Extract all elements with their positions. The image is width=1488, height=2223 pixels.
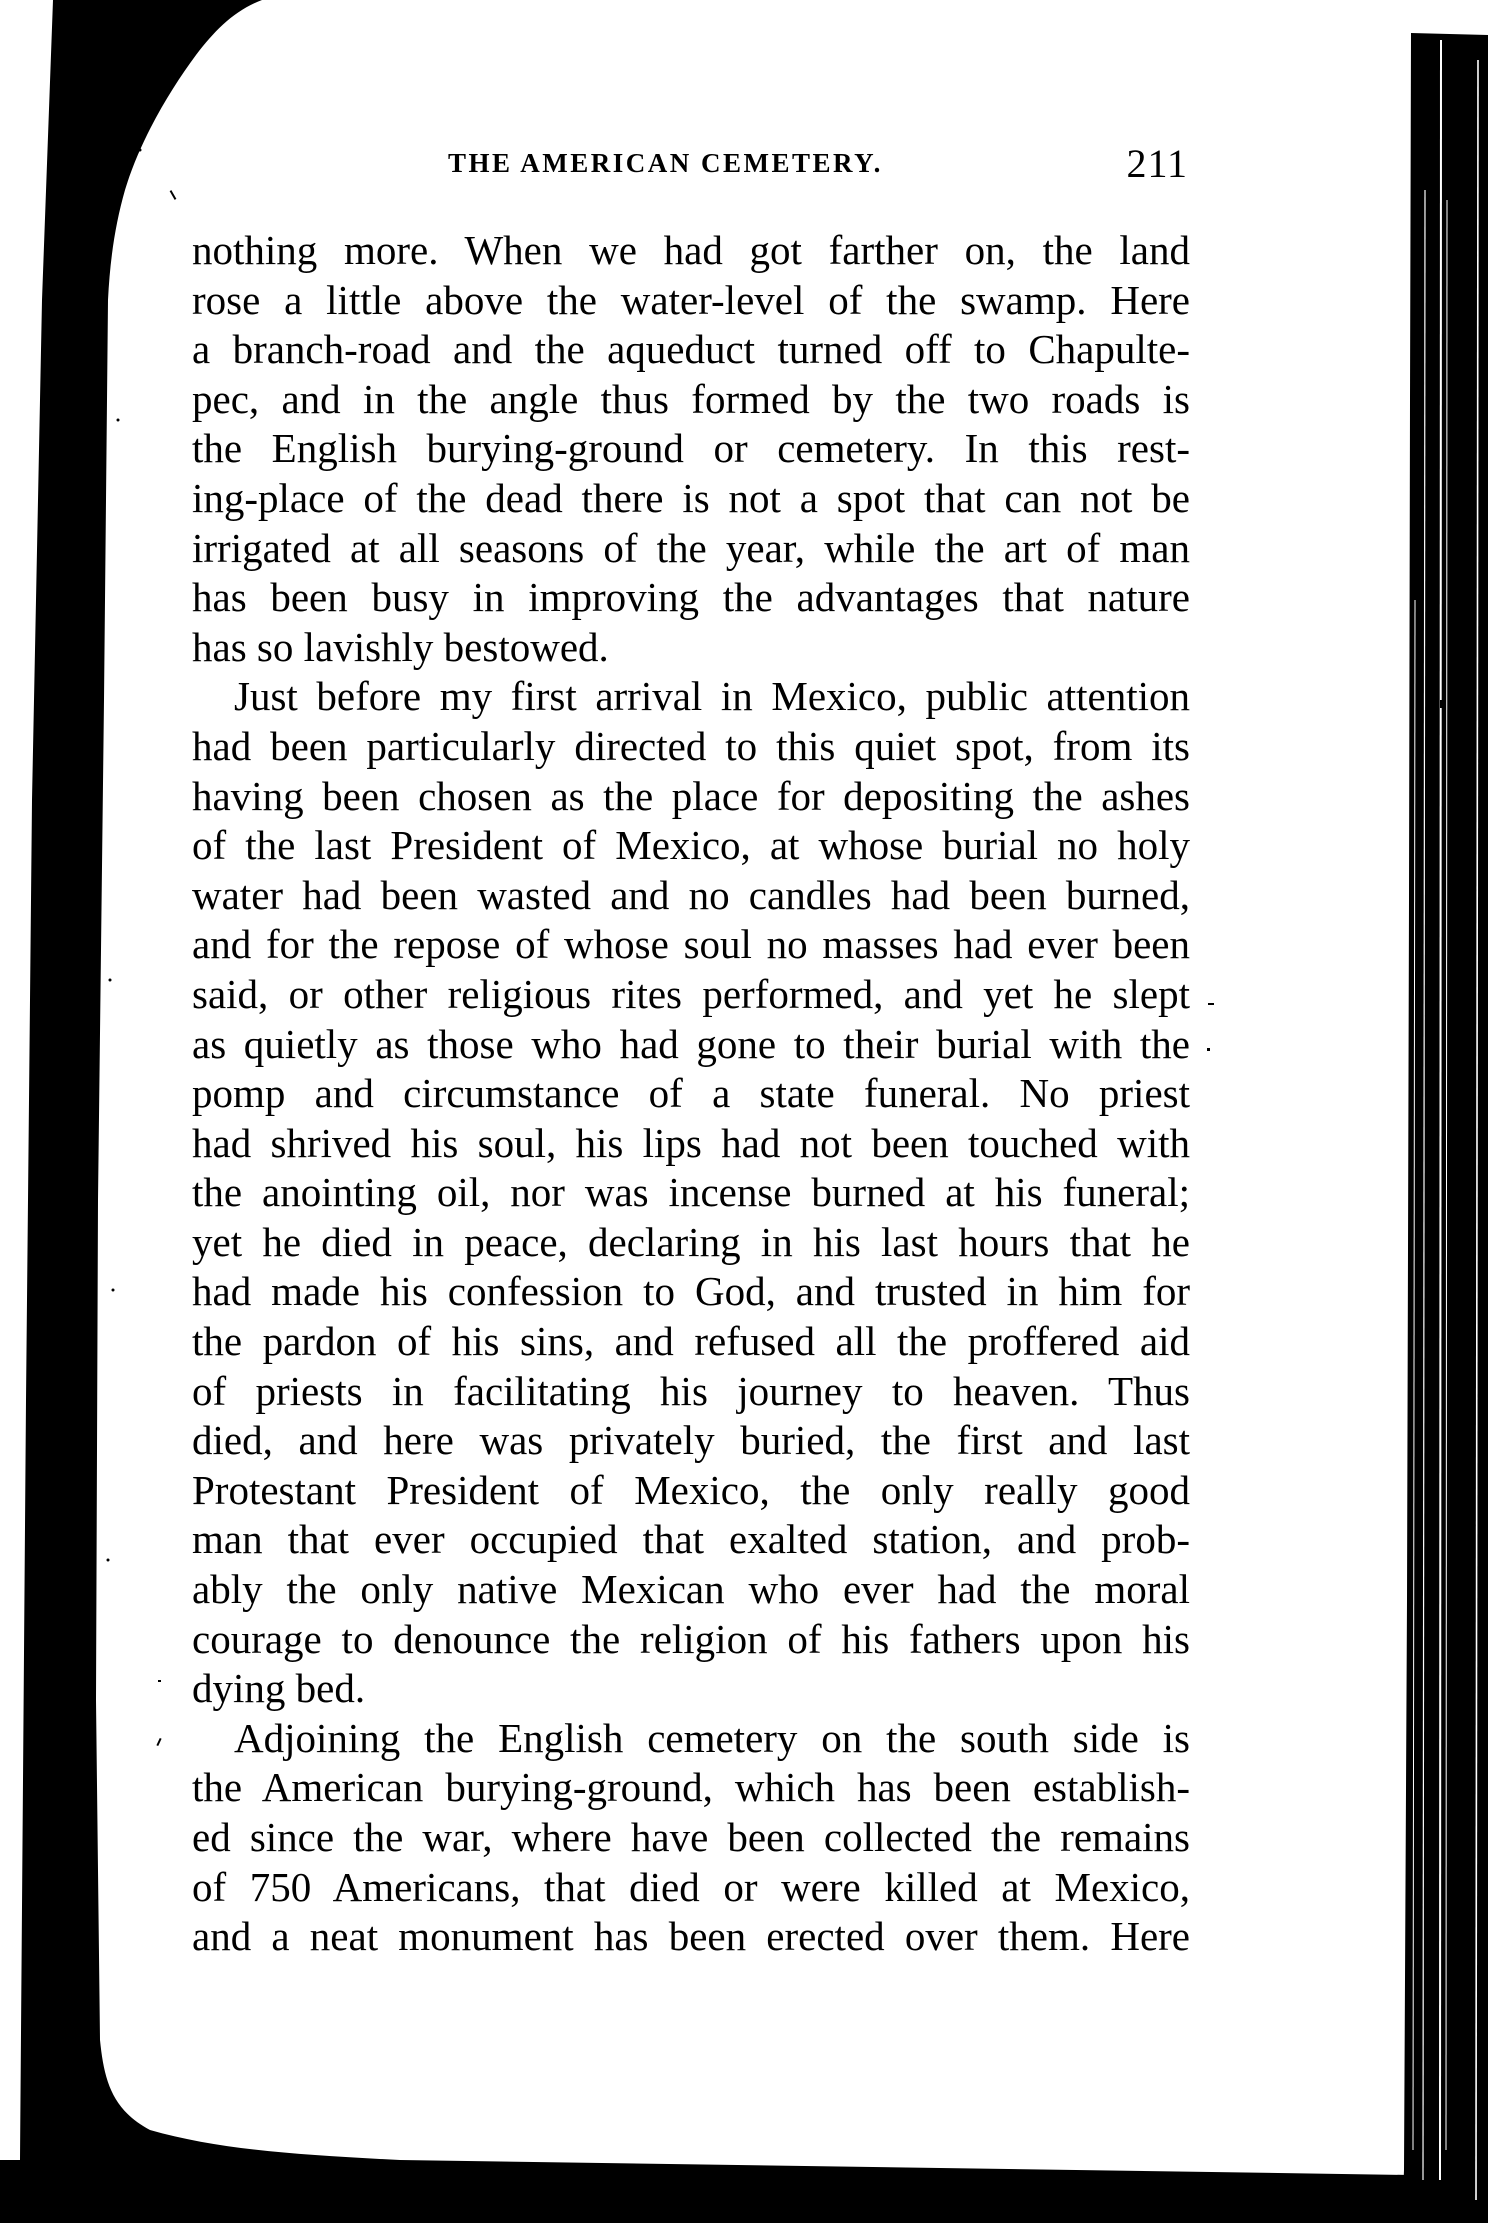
text-line: the pardon of his sins, and refused all … <box>192 1317 1190 1367</box>
text-line: said, or other religious rites performed… <box>192 970 1190 1020</box>
text-line: ed since the war, where have been collec… <box>192 1813 1190 1863</box>
page-number: 211 <box>1126 140 1188 187</box>
text-line: pomp and circumstance of a state funeral… <box>192 1069 1190 1119</box>
scan-speck <box>1208 1003 1214 1005</box>
text-line: has been busy in improving the advantage… <box>192 573 1190 623</box>
text-line: has so lavishly bestowed. <box>192 623 1190 673</box>
text-line: ably the only native Mexican who ever ha… <box>192 1565 1190 1615</box>
text-line: of the last President of Mexico, at whos… <box>192 821 1190 871</box>
text-line: the English burying-ground or cemetery. … <box>192 424 1190 474</box>
text-line: died, and here was privately buried, the… <box>192 1416 1190 1466</box>
paragraph-2: Just before my first arrival in Mexico, … <box>192 672 1190 1713</box>
text-line: of 750 Americans, that died or were kill… <box>192 1863 1190 1913</box>
text-line: Protestant President of Mexico, the only… <box>192 1466 1190 1516</box>
text-line: the American burying-ground, which has b… <box>192 1763 1190 1813</box>
text-line: had made his confession to God, and trus… <box>192 1267 1190 1317</box>
text-line: having been chosen as the place for depo… <box>192 772 1190 822</box>
text-line: ing-place of the dead there is not a spo… <box>192 474 1190 524</box>
text-line: yet he died in peace, declaring in his l… <box>192 1218 1190 1268</box>
text-line: and a neat monument has been erected ove… <box>192 1912 1190 1962</box>
text-line: water had been wasted and no candles had… <box>192 871 1190 921</box>
text-line: had shrived his soul, his lips had not b… <box>192 1119 1190 1169</box>
text-line: as quietly as those who had gone to thei… <box>192 1020 1190 1070</box>
scan-speck <box>158 1680 161 1682</box>
body-text: nothing more. When we had got farther on… <box>192 226 1190 1962</box>
text-line: courage to denounce the religion of his … <box>192 1615 1190 1665</box>
text-line: Adjoining the English cemetery on the so… <box>192 1714 1190 1764</box>
text-line: Just before my first arrival in Mexico, … <box>192 672 1190 722</box>
text-line: nothing more. When we had got farther on… <box>192 226 1190 276</box>
text-line: of priests in facilitating his journey t… <box>192 1367 1190 1417</box>
text-line: pec, and in the angle thus formed by the… <box>192 375 1190 425</box>
text-line: had been particularly directed to this q… <box>192 722 1190 772</box>
paragraph-1: nothing more. When we had got farther on… <box>192 226 1190 672</box>
text-line: a branch-road and the aqueduct turned of… <box>192 325 1190 375</box>
scan-speck <box>170 190 177 200</box>
scan-speck <box>156 1738 161 1746</box>
running-head: THE AMERICAN CEMETERY. 211 <box>192 140 1190 190</box>
text-line: man that ever occupied that exalted stat… <box>192 1515 1190 1565</box>
paragraph-3: Adjoining the English cemetery on the so… <box>192 1714 1190 1962</box>
running-title: THE AMERICAN CEMETERY. <box>448 148 883 179</box>
text-line: the anointing oil, nor was incense burne… <box>192 1168 1190 1218</box>
text-line: dying bed. <box>192 1664 1190 1714</box>
text-line: and for the repose of whose soul no mass… <box>192 920 1190 970</box>
text-line: rose a little above the water-level of t… <box>192 276 1190 326</box>
scan-speck <box>1440 700 1443 708</box>
text-line: irrigated at all seasons of the year, wh… <box>192 524 1190 574</box>
scan-speck <box>1207 1048 1210 1051</box>
